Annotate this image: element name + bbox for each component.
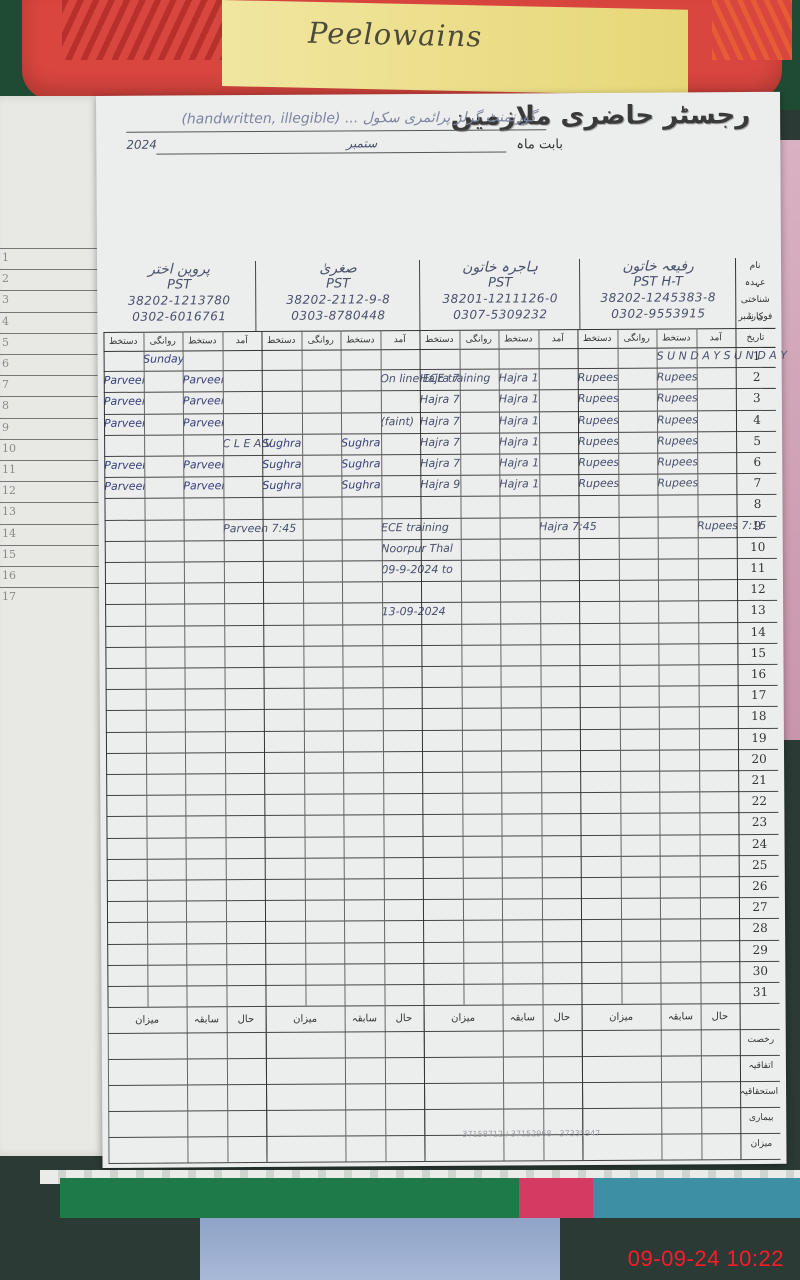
left-page-row (0, 290, 100, 291)
left-page-day-number: 5 (2, 336, 9, 349)
left-page-day-number: 2 (2, 272, 9, 285)
attendance-entry: Sughra 9:00 (262, 479, 302, 492)
attendance-entry: Sughra 2:00 (341, 457, 381, 470)
column-header: آمد (538, 330, 578, 348)
left-page-day-number: 6 (2, 357, 9, 370)
left-page-day-number: 8 (2, 399, 9, 412)
left-page-row (0, 460, 100, 461)
day-number: 3 (744, 391, 770, 405)
day-number: 24 (747, 836, 773, 850)
attendance-entry: Rupees 12:00 (657, 455, 697, 468)
left-page-row (0, 566, 100, 567)
column-header: دستخط (419, 331, 459, 349)
day-number: 31 (747, 985, 773, 999)
column-header: آمد (380, 331, 420, 349)
day-number: 10 (745, 540, 771, 554)
day-number: 18 (746, 709, 772, 723)
attendance-entry: Parveen 7:45 (104, 395, 144, 408)
attendance-entry: Parveen 1:45 (183, 373, 223, 386)
attendance-entry: Rupees 7:45 (578, 392, 618, 405)
day-number: 26 (747, 879, 773, 893)
left-page-row (0, 312, 100, 313)
staff-designation: PST H-T (580, 274, 736, 290)
left-page-row (0, 333, 100, 334)
attendance-entry: Rupees 7:45 (578, 456, 618, 469)
staff-designation: PST (420, 275, 580, 291)
left-page-row (0, 502, 100, 503)
day-number: 21 (746, 773, 772, 787)
month-line-rule (156, 151, 506, 154)
day-number: 5 (744, 434, 770, 448)
column-header: آمد (696, 329, 736, 347)
staff-cnic: 38201-1211126-0 (420, 291, 580, 306)
column-header: روانگی (617, 330, 657, 348)
attendance-entry: Hajra 1:45 (499, 435, 539, 448)
left-page-row (0, 418, 100, 419)
day-number: 4 (744, 412, 770, 426)
column-header: دستخط (340, 331, 380, 349)
column-header: روانگی (459, 331, 499, 349)
attendance-entry: Rupees 9:00 (578, 477, 618, 490)
summary-header-row (108, 1003, 780, 1034)
school-name-handwritten: گورنمنٹ گرلز پرائمری سکول ... (handwritt… (136, 109, 536, 127)
left-page-row (0, 396, 100, 397)
left-page-partial: 1234567891011121314151617 (0, 96, 108, 1156)
left-page-row (0, 545, 100, 546)
left-page-day-number: 7 (2, 378, 9, 391)
camera-timestamp: 09-09-24 10:22 (628, 1246, 784, 1272)
month-value: ستمبر (346, 136, 377, 150)
day-number: 7 (744, 476, 770, 490)
day-number: 14 (745, 624, 771, 638)
attendance-entry: Rupees 1:45 (657, 413, 697, 426)
attendance-entry: Hajra 9:00 (420, 478, 460, 491)
blue-cloth (200, 1218, 560, 1280)
day-number: 22 (746, 794, 772, 808)
left-page-row (0, 524, 100, 525)
staff-cnic: 38202-2112-9-8 (256, 292, 420, 307)
attendance-register-page: رجسٹر حاضری ملازمین گورنمنٹ گرلز پرائمری… (96, 92, 787, 1168)
register-binding-colors (60, 1178, 800, 1218)
left-page-day-number: 10 (2, 442, 16, 455)
staff-name: رفیعہ خاتون (580, 258, 736, 275)
label-cnic: شناختی کارڈ (735, 292, 775, 309)
column-header: دستخط (656, 329, 696, 347)
summary-row (108, 1133, 780, 1164)
day-number: 13 (745, 603, 771, 617)
staff-cnic: 38202-1213780 (103, 293, 255, 308)
staff-block-2: ہاجرہ خاتون PST 38201-1211126-0 0307-530… (419, 259, 580, 330)
left-page-row (0, 587, 100, 588)
staff-block-1: رفیعہ خاتون PST H-T 38202-1245383-8 0302… (579, 258, 736, 329)
left-page-row (0, 269, 100, 270)
attendance-entry: Hajra 12:00 (499, 456, 539, 469)
attendance-entry: S U N D A Y S U N D A Y (657, 347, 800, 363)
yellow-label-card: Peelowains (222, 0, 688, 96)
column-header: دستخط (498, 330, 538, 348)
day-number: 29 (747, 942, 773, 956)
staff-phone: 0302-6016761 (103, 309, 255, 324)
attendance-entry: Parveen 7:45 (104, 374, 144, 387)
staff-phone: 0307-5309232 (420, 307, 580, 322)
year-value: 2024 (126, 138, 157, 152)
attendance-entry: Hajra 7:45 (420, 393, 460, 406)
left-page-day-number: 1 (2, 251, 9, 264)
staff-designation: PST (256, 276, 420, 292)
label-designation: عہدہ (735, 275, 775, 292)
column-header: دستخط (261, 332, 301, 350)
left-page-day-number: 3 (2, 293, 9, 306)
day-number: 20 (746, 752, 772, 766)
attendance-entry: Rupees 12:00 (657, 477, 697, 490)
left-page-day-number: 14 (2, 527, 16, 540)
column-header: دستخط (182, 332, 222, 350)
staff-phone: 0302-9553915 (580, 306, 736, 321)
staff-phone: 0303-8780448 (256, 308, 420, 323)
attendance-grid: نام عہدہ شناختی کارڈ فون نمبر رفیعہ خاتو… (103, 258, 775, 262)
staff-designation: PST (103, 277, 255, 293)
day-number: 15 (745, 646, 771, 660)
staff-name: پروین اختر (103, 261, 255, 278)
attendance-entry: Rupees 1:45 (657, 371, 697, 384)
day-number: 23 (746, 815, 772, 829)
day-number: 11 (745, 561, 771, 575)
left-page-day-number: 16 (2, 569, 16, 582)
left-page-row (0, 248, 100, 249)
left-page-row (0, 481, 100, 482)
attendance-entry: Parveen 7:45 (104, 416, 144, 429)
date-header: تاریخ (735, 329, 775, 347)
leave-summary-table: حالسابقہمیزانحالسابقہمیزانحالسابقہمیزانح… (108, 1003, 781, 1157)
basket-grille-right (712, 0, 792, 60)
attendance-entry: Hajra 7:45 (420, 457, 460, 470)
row-labels-column: نام عہدہ شناختی کارڈ فون نمبر (735, 258, 775, 328)
attendance-entry: Parveen 1:45 (183, 395, 223, 408)
column-header: دستخط (577, 330, 617, 348)
left-page-row (0, 375, 100, 376)
left-page-day-number: 12 (2, 484, 16, 497)
left-page-row (0, 354, 100, 355)
basket-grille-left (62, 0, 232, 60)
day-number: 12 (745, 582, 771, 596)
attendance-entry: Parveen 7:45 (104, 459, 144, 472)
attendance-entry: Sughra 7:45 (262, 458, 302, 471)
staff-block-3: صغریٰ PST 38202-2112-9-8 0303-8780448 (255, 260, 420, 331)
label-name: نام (735, 258, 775, 275)
attendance-entry: Rupees 7:45 (578, 371, 618, 384)
attendance-entry: Rupees 1:45 (657, 392, 697, 405)
card-label: Peelowains (308, 16, 482, 54)
attendance-entry: Parveen 12:00 (183, 458, 223, 471)
day-number: 6 (744, 455, 770, 469)
attendance-entry: Hajra 7:45 (420, 436, 460, 449)
attendance-entry: Sughra 12:00 (341, 478, 381, 491)
left-page-day-number: 4 (2, 315, 9, 328)
left-page-row (0, 439, 100, 440)
day-number: 2 (744, 370, 770, 384)
day-number: 17 (746, 688, 772, 702)
day-number: 19 (746, 730, 772, 744)
day-number: 27 (747, 900, 773, 914)
left-page-day-number: 13 (2, 505, 16, 518)
attendance-entry: Rupees 7:45 (578, 413, 618, 426)
attendance-entry: Parveen 9:00 (104, 480, 144, 493)
attendance-entry: Parveen 12:00 (183, 479, 223, 492)
column-header: روانگی (143, 332, 183, 350)
staff-name: صغریٰ (256, 260, 420, 277)
day-number: 25 (747, 858, 773, 872)
left-page-day-number: 17 (2, 590, 16, 603)
column-header: دستخط (103, 333, 143, 351)
month-label: بابت ماہ (516, 137, 563, 152)
label-phone: فون نمبر (735, 309, 775, 326)
column-header: آمد (222, 332, 262, 350)
printer-footer: 37158712 / 37152968 - 37335947 (462, 1129, 600, 1139)
attendance-entry: Parveen 1:45 (183, 416, 223, 429)
left-page-day-number: 11 (2, 463, 16, 476)
staff-cnic: 38202-1245383-8 (580, 290, 736, 305)
day-number: 28 (747, 921, 773, 935)
staff-name: ہاجرہ خاتون (420, 259, 580, 276)
left-page-day-number: 9 (2, 421, 9, 434)
day-number: 16 (746, 667, 772, 681)
attendance-entry: Hajra 12:00 (499, 477, 539, 490)
day-number: 8 (744, 497, 770, 511)
attendance-entry: Hajra 1:45 (499, 393, 539, 406)
left-page-day-number: 15 (2, 548, 16, 561)
attendance-entry: Rupees 1:45 (657, 434, 697, 447)
attendance-entry: Rupees 7:45 (578, 435, 618, 448)
column-header: روانگی (301, 332, 341, 350)
staff-block-4: پروین اختر PST 38202-1213780 0302-601676… (103, 261, 255, 332)
day-number: 30 (747, 964, 773, 978)
